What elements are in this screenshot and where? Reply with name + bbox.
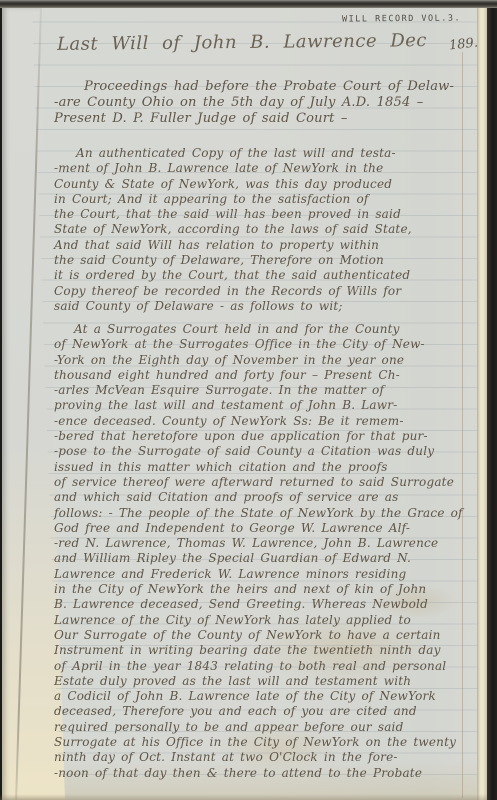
text-line: State of NewYork, according to the laws … xyxy=(54,222,468,237)
text-line: proving the last will and testament of J… xyxy=(54,398,468,413)
scanner-edge-bottom xyxy=(0,794,497,800)
text-line: a Codicil of John B. Lawrence late of th… xyxy=(54,689,468,704)
text-line: Estate duly proved as the last will and … xyxy=(54,674,468,689)
volume-label: WILL RECORD VOL.3. xyxy=(342,13,461,24)
text-line: God free and Independent to George W. La… xyxy=(54,521,468,536)
text-line: -are County Ohio on the 5th day of July … xyxy=(54,95,468,111)
text-line: the Court, that the said will has been p… xyxy=(54,207,468,222)
text-line: Copy thereof be recorded in the Records … xyxy=(54,284,468,299)
text-line: B. Lawrence deceased, Send Greeting. Whe… xyxy=(54,597,468,612)
text-line: and William Ripley the Special Guardian … xyxy=(54,551,468,566)
text-line: of NewYork at the Surrogates Office in t… xyxy=(54,337,468,352)
text-line: of April in the year 1843 relating to bo… xyxy=(54,659,468,674)
paragraph-court-order: An authenticated Copy of the last will a… xyxy=(54,146,468,314)
text-line: -ment of John B. Lawrence late of NewYor… xyxy=(54,161,468,176)
text-line: thousand eight hundred and forty four – … xyxy=(54,368,468,383)
text-line: Proceedings had before the Probate Court… xyxy=(54,79,468,95)
page-edge-strip xyxy=(477,4,487,800)
will-record-page-scan: WILL RECORD VOL.3. 189. Last Will of Joh… xyxy=(0,0,497,800)
text-line: and which said Citation and proofs of se… xyxy=(54,490,468,505)
text-line: said County of Delaware - as follows to … xyxy=(54,299,468,314)
text-line: ninth day of Oct. Instant at two O'Clock… xyxy=(54,750,468,765)
text-line: -red N. Lawrence, Thomas W. Lawrence, Jo… xyxy=(54,536,468,551)
scanner-edge-top xyxy=(0,0,497,8)
page-title: Last Will of John B. Lawrence Dec xyxy=(57,30,427,55)
text-line: deceased, Therefore you and each of you … xyxy=(54,704,468,719)
text-line: -bered that heretofore upon due applicat… xyxy=(54,429,468,444)
text-line: required personally to be and appear bef… xyxy=(54,720,468,735)
text-line: in the City of NewYork the heirs and nex… xyxy=(54,582,468,597)
text-line: County & State of NewYork, was this day … xyxy=(54,177,468,192)
text-line: Lawrence and Frederick W. Lawrence minor… xyxy=(54,567,468,582)
text-line: it is ordered by the Court, that the sai… xyxy=(54,268,468,283)
text-line: the said County of Delaware, Therefore o… xyxy=(54,253,468,268)
text-line: An authenticated Copy of the last will a… xyxy=(54,146,468,161)
text-line: At a Surrogates Court held in and for th… xyxy=(54,322,468,337)
text-line: -arles McVean Esquire Surrogate. In the … xyxy=(54,383,468,398)
text-line: in Court; And it appearing to the satisf… xyxy=(54,192,468,207)
text-line: Present D. P. Fuller Judge of said Court… xyxy=(54,111,468,127)
text-line: Instrument in writing bearing date the t… xyxy=(54,643,468,658)
text-line: Lawrence of the City of NewYork has late… xyxy=(54,613,468,628)
text-line: -ence deceased. County of NewYork Ss: Be… xyxy=(54,414,468,429)
page-number: 189. xyxy=(448,36,478,54)
text-line: Our Surrogate of the County of NewYork t… xyxy=(54,628,468,643)
text-line: -pose to the Surrogate of said County a … xyxy=(54,444,468,459)
scanner-edge-right xyxy=(487,0,497,800)
text-line: follows: - The people of the State of Ne… xyxy=(54,506,468,521)
text-line: Surrogate at his Office in the City of N… xyxy=(54,735,468,750)
paragraph-proceedings: Proceedings had before the Probate Court… xyxy=(54,79,468,127)
text-line: of service thereof were afterward return… xyxy=(54,475,468,490)
text-line: -York on the Eighth day of November in t… xyxy=(54,353,468,368)
paragraph-surrogates-citation: At a Surrogates Court held in and for th… xyxy=(54,322,468,781)
text-line: -noon of that day then & there to attend… xyxy=(54,766,468,781)
text-line: issued in this matter which citation and… xyxy=(54,460,468,475)
text-line: And that said Will has relation to prope… xyxy=(54,238,468,253)
